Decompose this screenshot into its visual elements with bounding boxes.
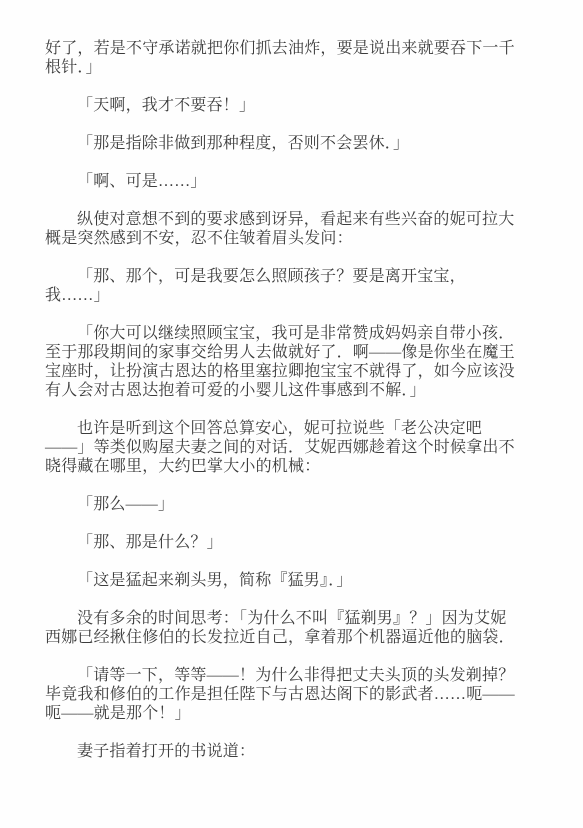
paragraph: 也许是听到这个回答总算安心，妮可拉说些「老公决定吧 ——」等类似购屋夫妻之间的对… xyxy=(45,419,536,476)
paragraph: 「天啊，我才不要吞！」 xyxy=(45,96,536,115)
paragraph: 好了，若是不守承诺就把你们抓去油炸，要是说出来就要吞下一千 根针．」 xyxy=(45,39,536,77)
paragraph: 「这是猛起来剃头男，简称『猛男』．」 xyxy=(45,571,536,590)
paragraph: 「请等一下，等等——！为什么非得把丈夫头顶的头发剃掉？ 毕竟我和修伯的工作是担任… xyxy=(45,666,536,723)
text-column: 好了，若是不守承诺就把你们抓去油炸，要是说出来就要吞下一千 根针．」 「天啊，我… xyxy=(45,39,536,761)
document-page: 好了，若是不守承诺就把你们抓去油炸，要是说出来就要吞下一千 根针．」 「天啊，我… xyxy=(0,0,583,828)
paragraph: 「那是指除非做到那种程度，否则不会罢休．」 xyxy=(45,134,536,153)
paragraph: 「你大可以继续照顾宝宝，我可是非常赞成妈妈亲自带小孩． 至于那段期间的家事交给男… xyxy=(45,324,536,400)
paragraph: 「啊、可是……」 xyxy=(45,172,536,191)
paragraph: 纵使对意想不到的要求感到讶异，看起来有些兴奋的妮可拉大 概是突然感到不安，忍不住… xyxy=(45,210,536,248)
paragraph: 「那、那个，可是我要怎么照顾孩子？要是离开宝宝， 我……」 xyxy=(45,267,536,305)
paragraph: 「那、那是什么？」 xyxy=(45,533,536,552)
paragraph: 妻子指着打开的书说道： xyxy=(45,742,536,761)
paragraph: 「那么——」 xyxy=(45,495,536,514)
paragraph: 没有多余的时间思考：「为什么不叫『猛剃男』？」因为艾妮 西娜已经揪住修伯的长发拉… xyxy=(45,609,536,647)
